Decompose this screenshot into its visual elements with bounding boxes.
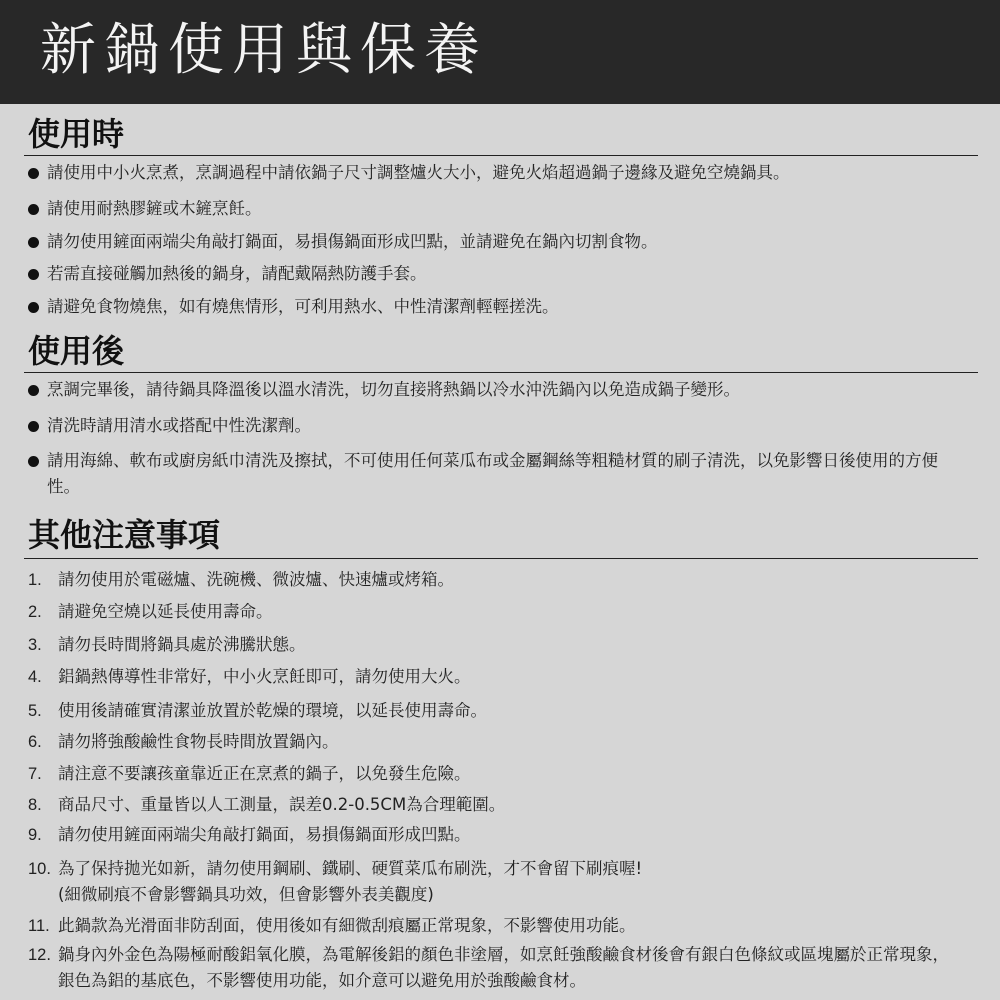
bullet-icon — [28, 302, 39, 313]
bullet-icon — [28, 456, 39, 467]
numbered-item: 1. 請勿使用於電磁爐、洗碗機、微波爐、快速爐或烤箱。 — [28, 567, 958, 593]
numbered-item: 3. 請勿長時間將鍋具處於沸騰狀態。 — [28, 632, 958, 658]
numbered-item: 12. 鍋身內外金色為陽極耐酸鋁氧化膜，為電解後鋁的顏色非塗層，如烹飪強酸鹼食材… — [28, 942, 958, 994]
numbered-item: 11. 此鍋款為光滑面非防刮面，使用後如有細微刮痕屬正常現象，不影響使用功能。 — [28, 913, 958, 939]
numbered-item: 4. 鋁鍋熱傳導性非常好，中小火烹飪即可，請勿使用大火。 — [28, 664, 958, 690]
numbered-item: 9. 請勿使用鏟面兩端尖角敲打鍋面，易損傷鍋面形成凹點。 — [28, 822, 958, 848]
numbered-item: 2. 請避免空燒以延長使用壽命。 — [28, 599, 958, 625]
section-title-during-use: 使用時 — [28, 114, 124, 154]
list-item: 請使用耐熱膠鏟或木鏟烹飪。 — [28, 196, 958, 222]
numbered-item: 5. 使用後請確實清潔並放置於乾燥的環境，以延長使用壽命。 — [28, 698, 958, 724]
list-item: 請避免食物燒焦，如有燒焦情形，可利用熱水、中性清潔劑輕輕搓洗。 — [28, 294, 958, 320]
list-item: 若需直接碰觸加熱後的鍋身，請配戴隔熱防護手套。 — [28, 261, 958, 287]
numbered-item-text: 為了保持拋光如新，請勿使用鋼刷、鐵刷、硬質菜瓜布刷洗，才不會留下刷痕喔! (細微… — [58, 856, 958, 908]
list-item: 烹調完畢後，請待鍋具降溫後以溫水清洗，切勿直接將熱鍋以冷水沖洗鍋內以免造成鍋子變… — [28, 377, 958, 403]
numbered-item: 8. 商品尺寸、重量皆以人工測量，誤差0.2-0.5CM為合理範圍。 — [28, 792, 958, 818]
page-title: 新鍋使用與保養 — [40, 16, 488, 86]
list-item: 請用海綿、軟布或廚房紙巾清洗及擦拭，不可使用任何菜瓜布或金屬鋼絲等粗糙材質的刷子… — [28, 448, 948, 500]
list-item: 清洗時請用清水或搭配中性洗潔劑。 — [28, 413, 958, 439]
bullet-icon — [28, 269, 39, 280]
numbered-item: 10. 為了保持拋光如新，請勿使用鋼刷、鐵刷、硬質菜瓜布刷洗，才不會留下刷痕喔!… — [28, 856, 958, 908]
list-item: 請勿使用鏟面兩端尖角敲打鍋面，易損傷鍋面形成凹點，並請避免在鍋內切割食物。 — [28, 229, 958, 255]
numbered-item: 6. 請勿將強酸鹼性食物長時間放置鍋內。 — [28, 729, 958, 755]
bullet-icon — [28, 237, 39, 248]
section-divider — [24, 558, 978, 559]
bullet-icon — [28, 385, 39, 396]
numbered-item: 7. 請注意不要讓孩童靠近正在烹煮的鍋子，以免發生危險。 — [28, 761, 958, 787]
bullet-icon — [28, 204, 39, 215]
section-divider — [24, 155, 978, 156]
section-title-after-use: 使用後 — [28, 331, 124, 371]
list-item: 請使用中小火烹煮，烹調過程中請依鍋子尺寸調整爐火大小，避免火焰超過鍋子邊緣及避免… — [28, 160, 958, 186]
bullet-icon — [28, 421, 39, 432]
numbered-item-note: (細微刷痕不會影響鍋具功效，但會影響外表美觀度) — [58, 885, 434, 904]
bullet-icon — [28, 168, 39, 179]
section-title-other-notes: 其他注意事項 — [28, 515, 220, 555]
section-divider — [24, 372, 978, 373]
page-header: 新鍋使用與保養 — [0, 0, 1000, 104]
